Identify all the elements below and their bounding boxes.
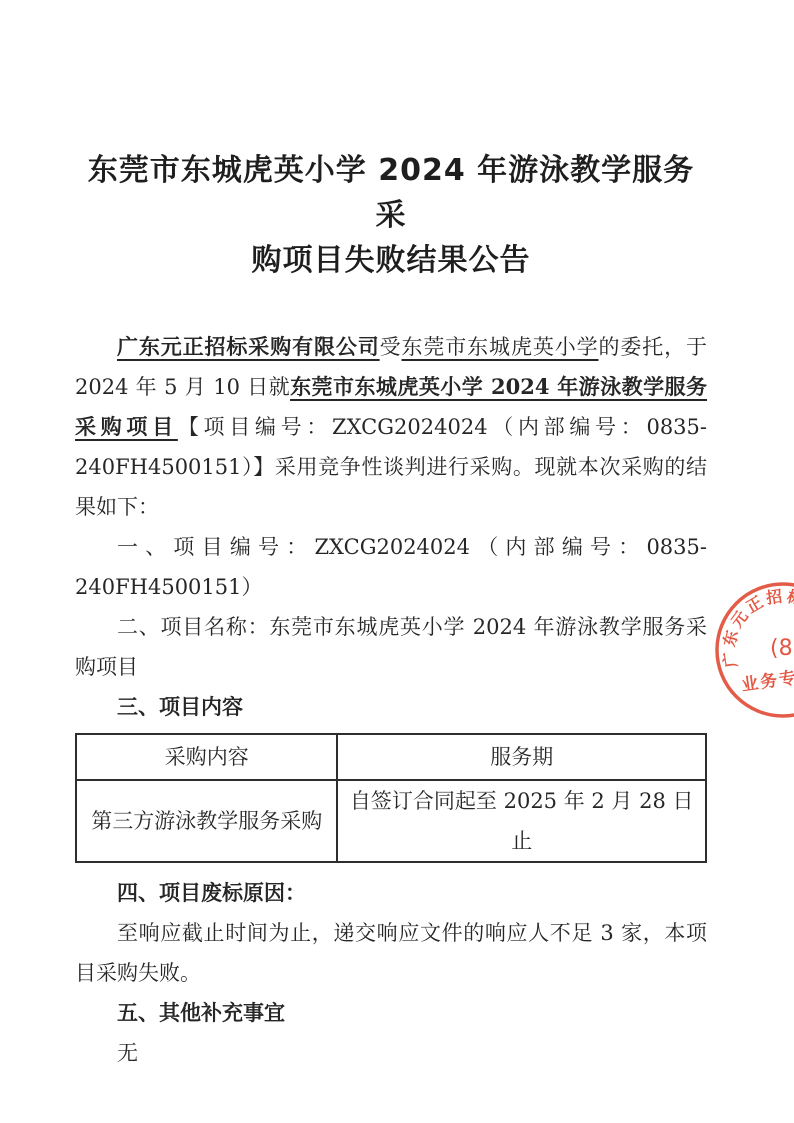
- table-body: 第三方游泳教学服务采购 自签订合同起至 2025 年 2 月 28 日止: [76, 780, 706, 862]
- table-row: 第三方游泳教学服务采购 自签订合同起至 2025 年 2 月 28 日止: [76, 780, 706, 862]
- agency-name: 广东元正招标采购有限公司: [117, 334, 380, 359]
- document-title: 东莞市东城虎英小学 2024 年游泳教学服务采 购项目失败结果公告: [75, 148, 707, 283]
- project-content-table: 采购内容 服务期 第三方游泳教学服务采购 自签订合同起至 2025 年 2 月 …: [75, 733, 707, 863]
- intro-accept-text: 受: [380, 335, 402, 359]
- table-header-row: 采购内容 服务期: [76, 734, 706, 780]
- section-project-number: 一、项目编号：ZXCG2024024（内部编号：0835-240FH450015…: [75, 527, 707, 607]
- document-title-line2: 购项目失败结果公告: [75, 238, 707, 283]
- seal-center-text: (8): [770, 636, 794, 661]
- section-failure-reason-heading: 四、项目废标原因：: [75, 873, 707, 913]
- section-failure-reason-body: 至响应截止时间为止，递交响应文件的响应人不足 3 家，本项目采购失败。: [75, 913, 707, 993]
- table-cell-service-period: 自签订合同起至 2025 年 2 月 28 日止: [337, 780, 706, 862]
- document-title-line1: 东莞市东城虎英小学 2024 年游泳教学服务采: [75, 148, 707, 238]
- section-other-matters-heading: 五、其他补充事宜: [75, 993, 707, 1033]
- intro-paragraph: 广东元正招标采购有限公司受东莞市东城虎英小学的委托，于 2024 年 5 月 1…: [75, 327, 707, 527]
- table-header-service-period: 服务期: [337, 734, 706, 780]
- table-head: 采购内容 服务期: [76, 734, 706, 780]
- section-project-content-heading: 三、项目内容: [75, 687, 707, 727]
- seal-arc-text: 广东元正招标采: [719, 586, 794, 669]
- buyer-name: 东莞市东城虎英小学: [402, 335, 599, 359]
- document-body: 广东元正招标采购有限公司受东莞市东城虎英小学的委托，于 2024 年 5 月 1…: [75, 327, 707, 1073]
- svg-text:广东元正招标采: 广东元正招标采: [719, 586, 794, 669]
- document-content: 东莞市东城虎英小学 2024 年游泳教学服务采 购项目失败结果公告 广东元正招标…: [75, 148, 707, 1073]
- section-project-name: 二、项目名称：东莞市东城虎英小学 2024 年游泳教学服务采购项目: [75, 607, 707, 687]
- document-page: 东莞市东城虎英小学 2024 年游泳教学服务采 购项目失败结果公告 广东元正招标…: [0, 0, 794, 1123]
- seal-bottom-text: 业务专: [740, 667, 794, 696]
- section-other-matters-body: 无: [75, 1033, 707, 1073]
- seal-circle: [717, 584, 794, 716]
- table-cell-purchase-content: 第三方游泳教学服务采购: [76, 780, 337, 862]
- table-header-purchase-content: 采购内容: [76, 734, 337, 780]
